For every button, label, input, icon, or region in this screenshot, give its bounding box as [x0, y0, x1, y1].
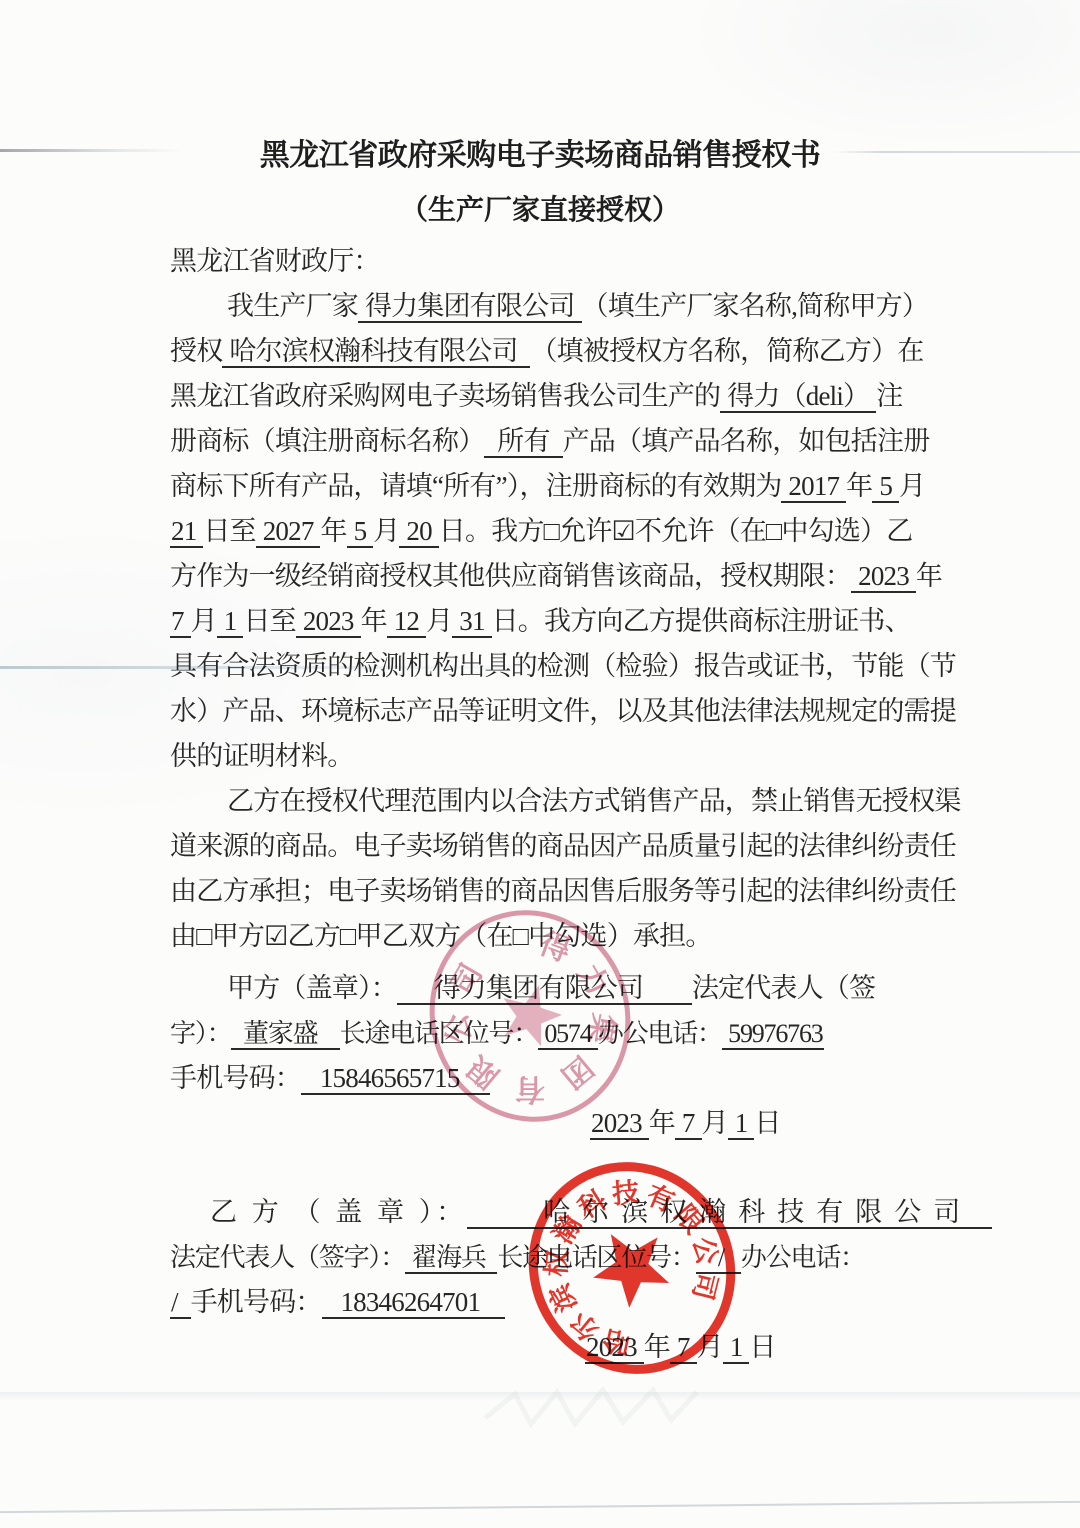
- line-text: 甲方（盖章）：: [227, 973, 397, 1003]
- line-text: 具有合法资质的检测机构出具的检测（检验）报告或证书，节能（节: [170, 651, 956, 681]
- filled-field: /: [170, 1287, 191, 1319]
- filled-field: 哈尔滨权瀚科技有限公司: [222, 336, 530, 368]
- filled-field: 2017: [781, 471, 846, 503]
- document-title: 黑龙江省政府采购电子卖场商品销售授权书: [0, 130, 1080, 174]
- body-line: 供的证明材料。: [170, 734, 960, 779]
- line-text: 乙 方 （ 盖 章 ）：: [210, 1197, 467, 1227]
- svg-text:哈: 哈: [600, 1324, 633, 1360]
- line-text: 年: [361, 606, 387, 636]
- svg-text:技: 技: [611, 1177, 640, 1209]
- body-line: 黑龙江省政府采购网电子卖场销售我公司生产的 得力（deli） 注: [170, 374, 960, 419]
- svg-text:公: 公: [687, 1234, 722, 1267]
- line-text: 法定代表人（签字）：: [170, 1243, 405, 1272]
- filled-field: 得力（deli）: [720, 381, 876, 413]
- line-text: 月: [373, 516, 399, 546]
- salutation: 黑龙江省财政厅：: [170, 239, 960, 284]
- svg-text:得: 得: [535, 927, 574, 968]
- line-text: 月: [426, 606, 452, 636]
- filled-field: 12: [387, 606, 426, 638]
- line-text: 月: [899, 471, 925, 501]
- line-text: 日: [754, 1108, 780, 1138]
- body-line: 水）产品、环境标志产品等证明文件，以及其他法律法规规定的需提: [170, 689, 960, 734]
- line-text: 日至: [203, 516, 255, 546]
- filled-field: 20: [399, 516, 438, 548]
- svg-text:公: 公: [440, 1011, 478, 1046]
- filled-field: 2023: [851, 561, 916, 593]
- line-text: 水）产品、环境标志产品等证明文件，以及其他法律法规规定的需提: [170, 696, 956, 726]
- line-text: 年: [320, 516, 346, 546]
- body-line: 方作为一级经销商授权其他供应商销售该商品，授权期限： 2023 年: [170, 554, 960, 599]
- svg-text:司: 司: [687, 1269, 723, 1302]
- body-line: 21 日至 2027 年 5 月 20 日。我方□允许☑不允许（在□中勾选）乙: [170, 509, 960, 554]
- line-text: 授权: [170, 336, 222, 366]
- line-text: 日。我方向乙方提供商标注册证书、: [492, 606, 911, 636]
- filled-field: 18346264701: [322, 1287, 505, 1319]
- line-text: （填生产厂家名称,简称甲方）: [582, 291, 929, 321]
- line-text: 月: [702, 1108, 728, 1138]
- filled-field: 7: [170, 606, 191, 638]
- line-text: 字）：: [170, 1019, 231, 1048]
- svg-text:集: 集: [583, 1011, 622, 1046]
- line-text: 黑龙江省政府采购网电子卖场销售我公司生产的: [170, 381, 720, 411]
- body-line: 具有合法资质的检测机构出具的检测（检验）报告或证书，节能（节: [170, 644, 960, 689]
- svg-text:力: 力: [571, 959, 615, 1001]
- seal-star-icon: [579, 1214, 682, 1316]
- line-text: 供的证明材料。: [170, 741, 353, 771]
- document-page: 黑龙江省政府采购电子卖场商品销售授权书 （生产厂家直接授权） 黑龙江省财政厅： …: [0, 0, 1080, 1528]
- line-text: 手机号码：: [191, 1287, 322, 1317]
- line-text: 手机号码：: [170, 1063, 301, 1093]
- body-line: 2023 年 7 月 1 日: [590, 1101, 960, 1146]
- line-text: 册商标（填注册商标名称）: [170, 426, 484, 456]
- body-line: 道来源的商品。电子卖场销售的商品因产品质量引起的法律纠纷责任: [170, 824, 960, 869]
- body-line: 7 月 1 日至 2023 年 12 月 31 日。我方向乙方提供商标注册证书、: [170, 599, 960, 644]
- filled-field: 董家盛: [231, 1019, 339, 1050]
- line-text: 我生产厂家: [227, 291, 358, 321]
- svg-text:权: 权: [541, 1249, 573, 1278]
- party-a-seal: 得力集团有限公司: [423, 902, 637, 1130]
- line-text: 月: [191, 606, 217, 636]
- body-line: 册商标（填注册商标名称） 所有 产品（填产品名称，如包括注册: [170, 419, 960, 464]
- filled-field: 31: [452, 606, 491, 638]
- svg-text:司: 司: [445, 959, 489, 1001]
- line-text: （填被授权方名称，简称乙方）在: [530, 336, 923, 366]
- line-text: 方作为一级经销商授权其他供应商销售该商品，授权期限：: [170, 561, 851, 591]
- filled-field: 2023: [296, 606, 361, 638]
- filled-field: 21: [170, 516, 203, 548]
- filled-field: 2027: [256, 516, 321, 548]
- line-text: 年: [846, 471, 872, 501]
- line-text: 日至: [243, 606, 295, 636]
- svg-text:有: 有: [515, 1072, 545, 1105]
- body-line: 商标下所有产品，请填“所有”），注册商标的有效期为 2017 年 5 月: [170, 464, 960, 509]
- line-text: 道来源的商品。电子卖场销售的商品因产品质量引起的法律纠纷责任: [170, 831, 956, 861]
- line-text: 办公电话：: [741, 1243, 865, 1272]
- party-b-seal: 哈尔滨权瀚科技有限公司: [525, 1155, 739, 1381]
- filled-field: 5: [347, 516, 374, 548]
- body-line: 乙方在授权代理范围内以合法方式销售产品，禁止销售无授权渠: [227, 779, 960, 824]
- line-text: 法定代表人（签: [692, 973, 875, 1003]
- seal-star-icon: [493, 981, 570, 1056]
- svg-text:限: 限: [461, 1049, 505, 1094]
- line-text: 产品（填产品名称，如包括注册: [563, 426, 930, 456]
- svg-text:团: 团: [555, 1049, 599, 1094]
- line-text: 年: [916, 561, 942, 591]
- filled-field: 59976763: [722, 1019, 824, 1050]
- svg-text:瀚: 瀚: [548, 1210, 588, 1249]
- document-subtitle: （生产厂家直接授权）: [0, 188, 1080, 228]
- svg-text:有: 有: [642, 1180, 678, 1218]
- line-text: 日。我方□允许☑不允许（在□中勾选）乙: [439, 516, 913, 546]
- filled-field: 5: [872, 471, 899, 503]
- filled-field: 所有: [484, 426, 562, 458]
- line-text: 商标下所有产品，请填“所有”），注册商标的有效期为: [170, 471, 781, 501]
- body-line: 我生产厂家 得力集团有限公司 （填生产厂家名称,简称甲方）: [227, 284, 960, 329]
- filled-field: 得力集团有限公司: [358, 291, 582, 323]
- filled-field: 1: [217, 606, 244, 638]
- line-text: 年: [649, 1108, 675, 1138]
- line-text: 乙方在授权代理范围内以合法方式销售产品，禁止销售无授权渠: [227, 786, 961, 816]
- line-text: 日: [749, 1332, 775, 1362]
- svg-text:科: 科: [573, 1185, 612, 1225]
- line-text: 注: [876, 381, 902, 411]
- filled-field: 1: [728, 1108, 755, 1140]
- filled-field: 7: [675, 1108, 702, 1140]
- body-line: 授权 哈尔滨权瀚科技有限公司 （填被授权方名称，简称乙方）在: [170, 329, 960, 374]
- filled-field: 翟海兵: [405, 1243, 497, 1274]
